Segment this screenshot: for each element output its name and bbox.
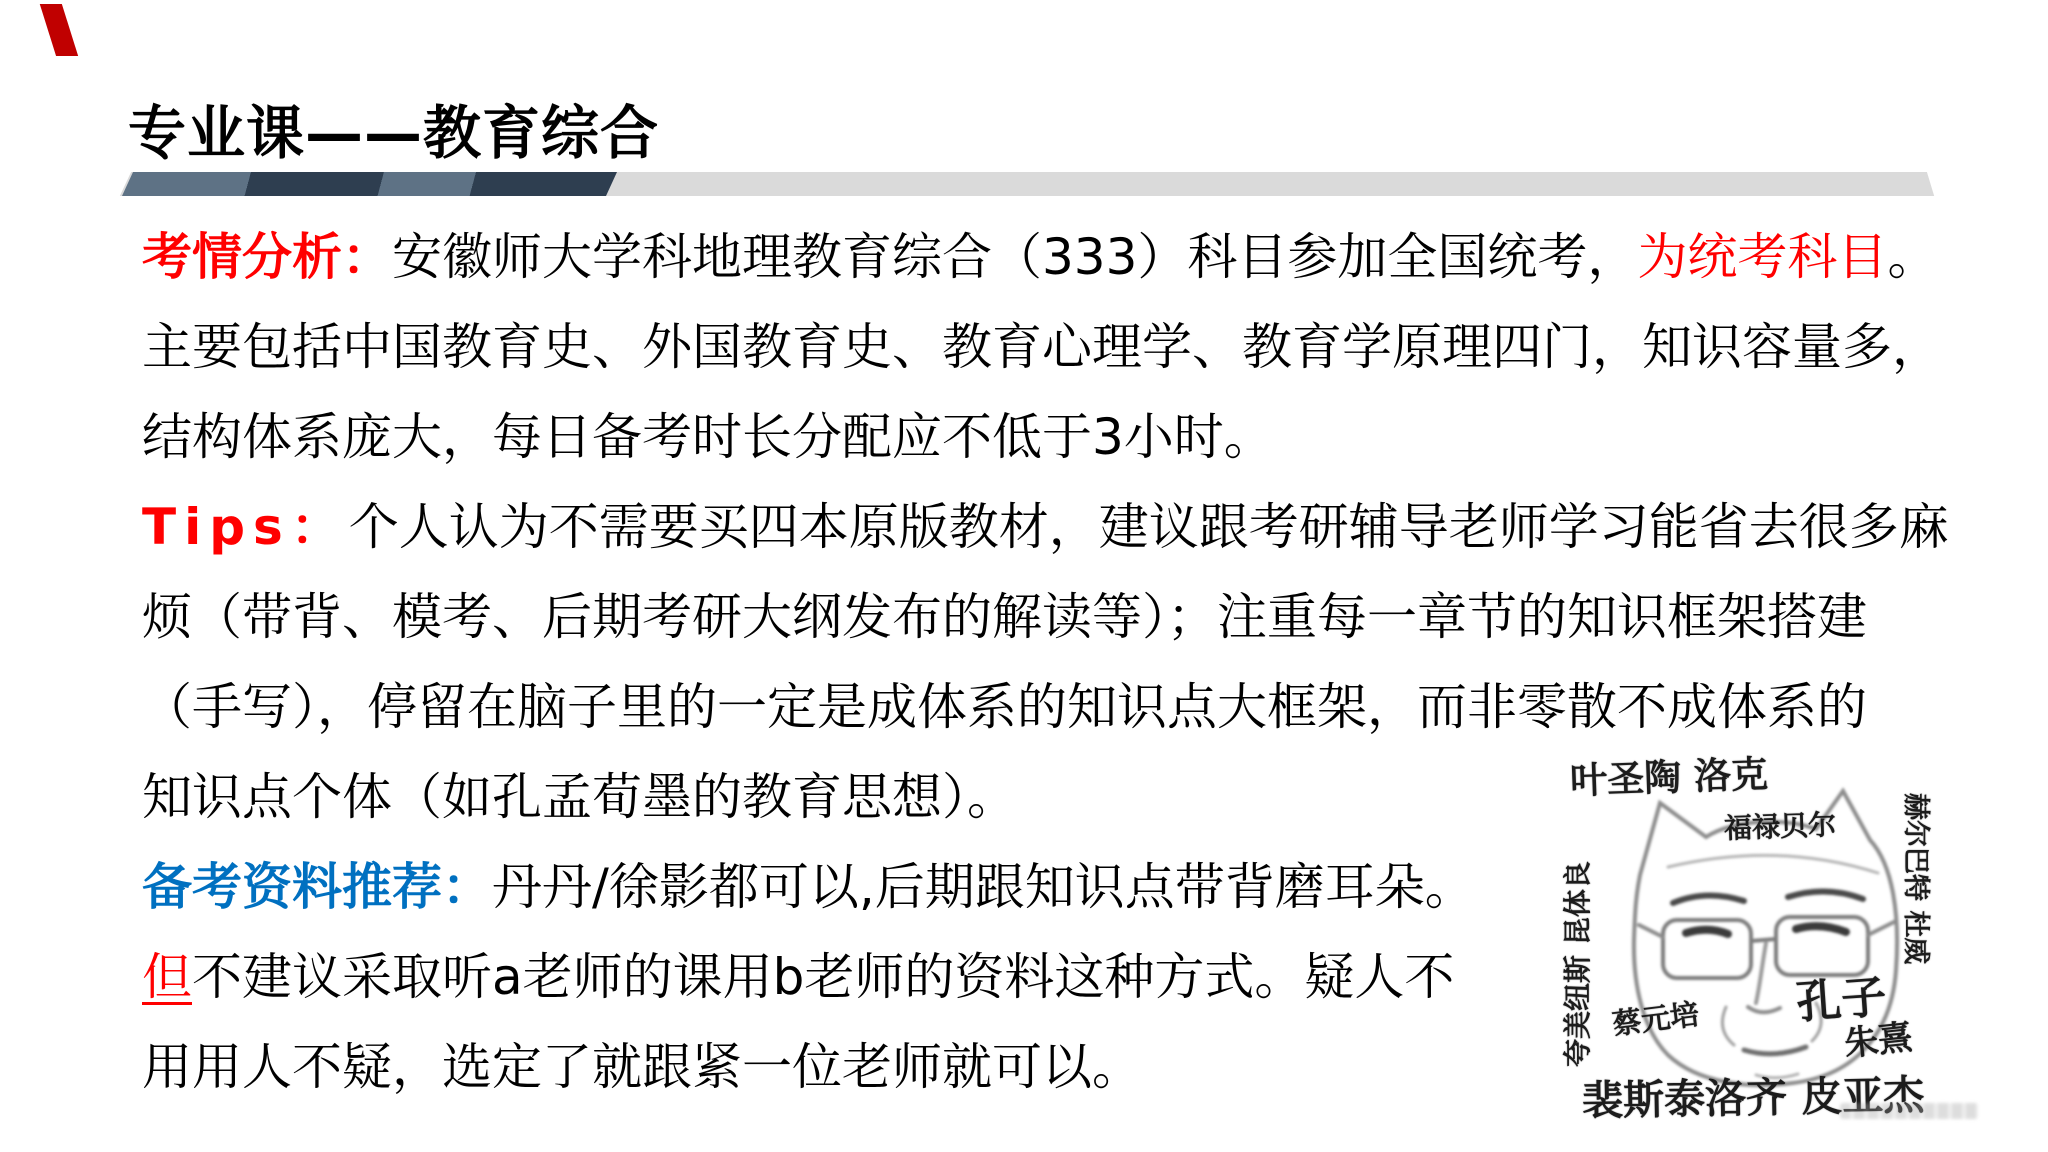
text-segment: 用用人不疑，选定了就跟紧一位老师就可以。 [142,1038,1142,1096]
meme-label-zhuxi: 朱熹 [1842,1010,1915,1066]
meme-image: 叶圣陶 洛克 福禄贝尔 赫尔巴特 杜威 夸美纽斯 昆体良 蔡元培 孔子 朱熹 裴… [1548,745,2042,1150]
meme-label-comenius-quintilian: 夸美纽斯 昆体良 [1556,861,1596,1067]
title-underline-bar-accent [118,172,623,196]
text-segment: 不建议采取听a老师的课用b老师的资料这种方式。疑人不 [192,948,1454,1006]
text-segment: （手写），停留在脑子里的一定是成体系的知识点大框架，而非零散不成体系的 [142,678,1867,736]
materials-recommendation-label: 备考资料推荐： [142,858,492,916]
text-segment: 。 [1887,228,1937,286]
meme-label-yeshengtao-locke: 叶圣陶 洛克 [1569,744,1769,805]
text-segment: 安徽师大学科地理教育综合（333）科目参加全国统考， [392,228,1637,286]
text-line-6: （手写），停留在脑子里的一定是成体系的知识点大框架，而非零散不成体系的 [142,662,2022,752]
tips-label: Tips： [142,498,349,556]
text-line-2: 主要包括中国教育史、外国教育史、教育心理学、教育学原理四门，知识容量多， [142,302,2022,392]
meme-label-froebel: 福禄贝尔 [1723,803,1836,847]
presentation-slide: 专业课——教育综合 考情分析：安徽师大学科地理教育综合（333）科目参加全国统考… [0,0,2048,1152]
text-segment: 个人认为不需要买四本原版教材，建议跟考研辅导老师学习能省去很多麻 [349,498,1949,556]
text-segment: 结构体系庞大，每日备考时长分配应不低于3小时。 [142,408,1274,466]
title-underline-bar [118,172,1936,196]
but-emphasis-text: 但 [142,948,192,1006]
text-line-4: Tips：个人认为不需要买四本原版教材，建议跟考研辅导老师学习能省去很多麻 [142,482,2022,572]
page-title: 专业课——教育综合 [128,86,659,170]
exam-analysis-label: 考情分析： [142,228,392,286]
weibo-watermark [1840,1103,1978,1119]
meme-label-herbart-dewey: 赫尔巴特 杜威 [1899,793,1938,964]
corner-ribbon-decoration [34,4,82,56]
highlight-red-text: 为统考科目 [1637,228,1887,286]
text-segment: 丹丹/徐影都可以,后期跟知识点带背磨耳朵。 [492,858,1475,916]
text-segment: 主要包括中国教育史、外国教育史、教育心理学、教育学原理四门，知识容量多， [142,318,1942,376]
text-line-3: 结构体系庞大，每日备考时长分配应不低于3小时。 [142,392,2022,482]
text-segment: 烦（带背、模考、后期考研大纲发布的解读等）；注重每一章节的知识框架搭建 [142,588,1867,646]
text-line-5: 烦（带背、模考、后期考研大纲发布的解读等）；注重每一章节的知识框架搭建 [142,572,2022,662]
text-line-1: 考情分析：安徽师大学科地理教育综合（333）科目参加全国统考，为统考科目。 [142,212,2022,302]
text-segment: 知识点个体（如孔孟荀墨的教育思想）。 [142,768,1017,826]
